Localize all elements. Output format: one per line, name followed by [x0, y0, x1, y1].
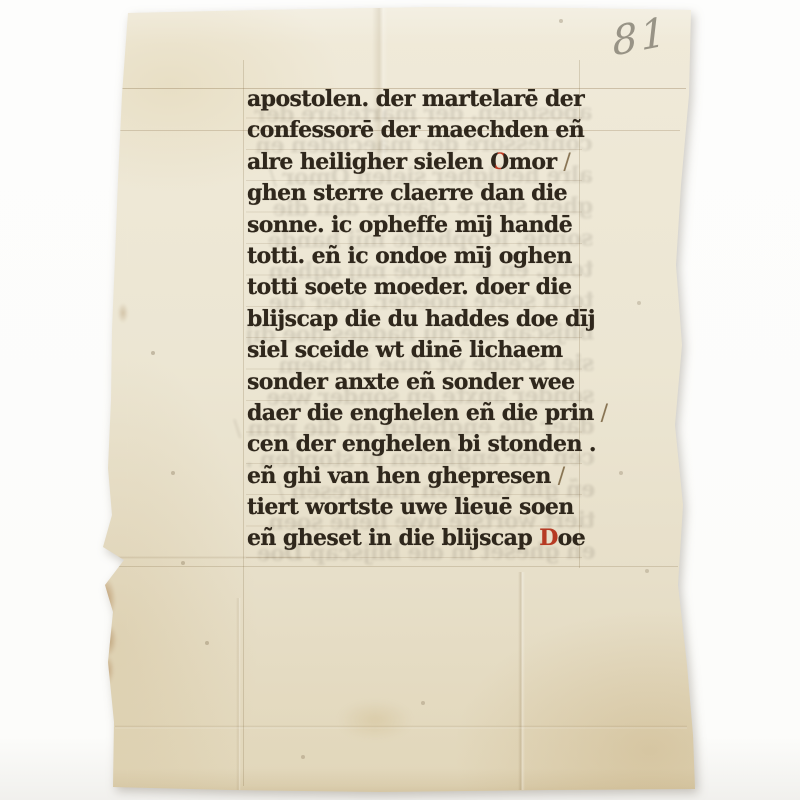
manuscript-line: daer die enghelen eñ die prin / — [247, 400, 608, 431]
text-segment: eñ gheset in die blijscap — [247, 525, 539, 551]
manuscript-photo: apostolen. der martelarē derconfessorē d… — [0, 0, 800, 800]
vertical-crease — [518, 572, 525, 790]
rubric-letter: O — [490, 149, 509, 175]
manuscript-line: cen der enghelen bi stonden . — [247, 431, 608, 462]
text-segment: totti soete moeder. doer die — [247, 274, 572, 300]
manuscript-line: confessorē der maechden eñ — [247, 117, 608, 148]
text-segment: totti. eñ ic ondoe mīj oghen — [247, 243, 572, 269]
text-segment: siel sceide wt dinē lichaem — [247, 337, 563, 363]
manuscript-leaf: apostolen. der martelarē derconfessorē d… — [0, 0, 800, 800]
page-number: 81 — [611, 8, 670, 65]
rubric-letter: D — [539, 525, 557, 551]
manuscript-line: totti. eñ ic ondoe mīj oghen — [247, 243, 608, 274]
edge-stain — [100, 648, 116, 692]
text-block: apostolen. der martelarē derconfessorē d… — [247, 86, 608, 557]
text-segment: / — [556, 150, 570, 175]
text-segment: / — [551, 464, 565, 489]
text-segment: / — [594, 401, 608, 426]
manuscript-line: totti soete moeder. doer die — [247, 274, 608, 305]
manuscript-line: blijscap die du haddes doe dīj — [247, 306, 608, 337]
text-segment: apostolen. der martelarē der — [247, 86, 584, 112]
vertical-crease — [236, 598, 241, 790]
text-segment: sonder anxte eñ sonder wee — [247, 369, 575, 395]
text-segment: confessorē der maechden eñ — [247, 117, 584, 143]
edge-stain — [117, 298, 129, 328]
text-segment: blijscap die du haddes doe dīj — [247, 306, 595, 332]
horizontal-crease — [115, 725, 687, 729]
text-segment: sonne. ic opheffe mīj handē — [247, 212, 572, 238]
manuscript-line: apostolen. der martelarē der — [247, 86, 608, 117]
text-segment: ghen sterre claerre dan die — [247, 180, 567, 206]
text-segment: daer die enghelen eñ die prin — [247, 400, 594, 426]
text-segment: / — [234, 417, 249, 442]
manuscript-line: eñ ghi van hen ghepresen / — [247, 463, 608, 494]
manuscript-line: sonne. ic opheffe mīj handē — [247, 212, 608, 243]
specks — [0, 0, 2, 2]
manuscript-line: tiert wortste uwe lieuē soen — [247, 494, 608, 525]
text-segment: eñ ghi van hen ghepresen — [247, 463, 551, 489]
manuscript-line: alre heiligher sielen Omor / — [247, 149, 608, 180]
manuscript-line: ghen sterre claerre dan die — [247, 180, 608, 211]
text-segment: mor — [509, 149, 557, 175]
manuscript-line: siel sceide wt dinē lichaem — [247, 337, 608, 368]
parchment-discoloration — [330, 690, 420, 750]
leaf-shadow-wrap: apostolen. der martelarē derconfessorē d… — [0, 0, 800, 800]
text-segment: tiert wortste uwe lieuē soen — [247, 494, 574, 520]
text-segment: oe — [558, 525, 585, 551]
text-segment: alre heiligher sielen — [247, 149, 490, 175]
edge-stain — [95, 576, 123, 660]
manuscript-line: sonder anxte eñ sonder wee — [247, 369, 608, 400]
ruling-line-bottom — [116, 566, 678, 567]
text-segment: cen der enghelen bi stonden . — [247, 431, 596, 457]
manuscript-line: eñ gheset in die blijscap Doe — [247, 525, 608, 556]
ruling-line-left — [243, 60, 244, 786]
